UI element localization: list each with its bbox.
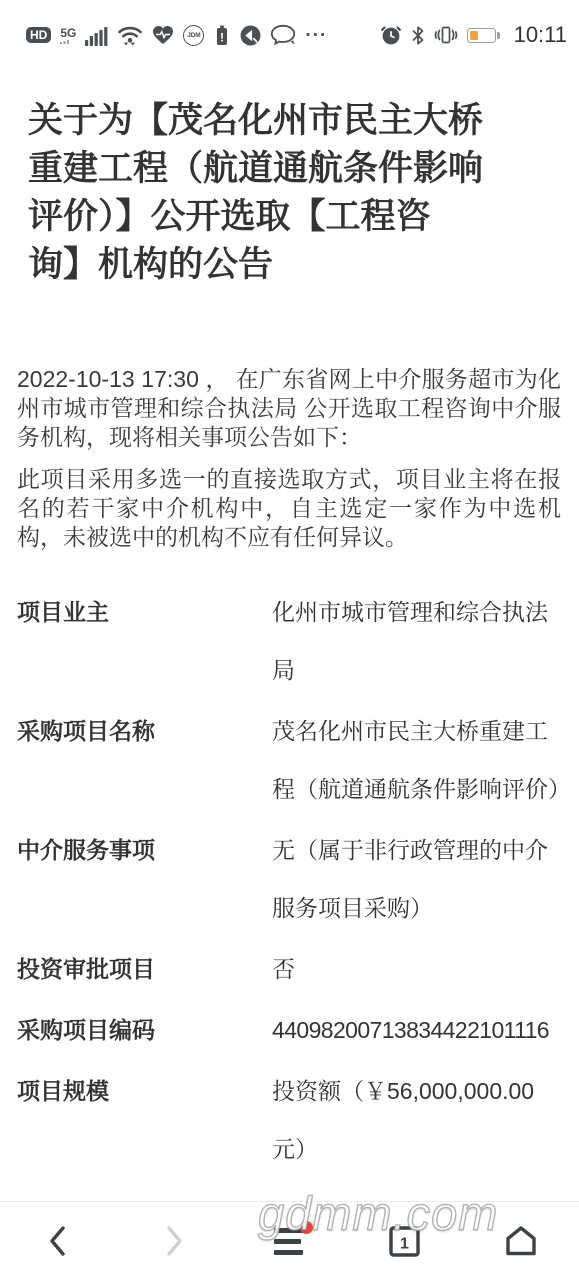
selection-method-paragraph: 此项目采用多选一的直接选取方式，项目业主将在报名的若干家中介机构中，自主选定一家… <box>17 465 561 552</box>
field-label: 采购项目名称 <box>17 702 272 818</box>
signal-bars-icon <box>85 25 108 46</box>
title-line: 评价）】公开选取【工程咨 <box>28 193 551 241</box>
back-button[interactable] <box>0 1202 116 1280</box>
status-left-icons: HD 5G <box>26 24 327 46</box>
title-line: 询】机构的公告 <box>28 241 551 289</box>
signal-5g-icon: 5G <box>60 27 76 44</box>
battery-icon <box>467 28 496 43</box>
menu-icon <box>274 1228 305 1255</box>
clock-time: 10:11 <box>514 22 567 48</box>
field-value: 茂名化州市民主大桥重建工程（航道通航条件影响评价） <box>272 702 561 818</box>
bluetooth-icon <box>411 25 425 46</box>
tabs-button[interactable]: 1 <box>347 1202 463 1280</box>
field-value: 无（属于非行政管理的中介服务项目采购） <box>272 821 561 937</box>
wifi-icon <box>117 24 143 46</box>
field-value: 44098200713834422101116 <box>272 1001 561 1059</box>
phone-screen: HD 5G <box>0 0 579 1280</box>
title-line: 关于为【茂名化州市民主大桥 <box>28 97 551 145</box>
field-row-project-name: 采购项目名称 茂名化州市民主大桥重建工程（航道通航条件影响评价） <box>17 702 561 818</box>
battery-fill <box>470 31 478 40</box>
svg-text:!: ! <box>220 31 224 45</box>
page-title: 关于为【茂名化州市民主大桥 重建工程（航道通航条件影响 评价）】公开选取【工程咨… <box>28 97 551 289</box>
vibrate-icon <box>434 25 458 45</box>
browser-bottom-navbar: 1 <box>0 1201 579 1280</box>
field-row-project-owner: 项目业主 化州市城市管理和综合执法局 <box>17 583 561 699</box>
battery-warning-icon: ! <box>213 24 231 46</box>
field-value: 否 <box>272 940 561 998</box>
home-button[interactable] <box>463 1202 579 1280</box>
forward-icon <box>162 1221 186 1261</box>
field-row-investment-approval: 投资审批项目 否 <box>17 940 561 998</box>
field-label: 项目规模 <box>17 1062 272 1178</box>
title-line: 重建工程（航道通航条件影响 <box>28 145 551 193</box>
health-heart-icon <box>152 25 174 45</box>
alarm-icon <box>380 24 402 46</box>
messages-icon <box>270 24 296 46</box>
tabs-icon: 1 <box>387 1222 423 1260</box>
home-icon <box>502 1223 540 1259</box>
status-bar: HD 5G <box>0 0 579 62</box>
field-value: 投资额（￥56,000,000.00 元） <box>272 1062 561 1178</box>
intro-paragraph: 2022-10-13 17:30 ， 在广东省网上中介服务超市为化州市城市管理和… <box>17 365 561 452</box>
status-right-icons: 10:11 <box>380 22 567 48</box>
field-label: 采购项目编码 <box>17 1001 272 1059</box>
more-dots-icon: ··· <box>305 26 327 45</box>
field-label: 项目业主 <box>17 583 272 699</box>
forward-button[interactable] <box>116 1202 232 1280</box>
data-saver-icon <box>240 25 261 46</box>
announcement-page: 关于为【茂名化州市民主大桥 重建工程（航道通航条件影响 评价）】公开选取【工程咨… <box>0 97 579 1178</box>
field-row-project-code: 采购项目编码 44098200713834422101116 <box>17 1001 561 1059</box>
project-fields-table: 项目业主 化州市城市管理和综合执法局 采购项目名称 茂名化州市民主大桥重建工程（… <box>17 583 561 1178</box>
svg-text:1: 1 <box>400 1236 409 1253</box>
hd-badge-icon: HD <box>26 27 51 43</box>
notification-dot <box>300 1221 313 1234</box>
battery-cap <box>497 32 500 39</box>
field-row-project-scale: 项目规模 投资额（￥56,000,000.00 元） <box>17 1062 561 1178</box>
field-row-service-item: 中介服务事项 无（属于非行政管理的中介服务项目采购） <box>17 821 561 937</box>
field-value: 化州市城市管理和综合执法局 <box>272 583 561 699</box>
menu-button[interactable] <box>232 1202 348 1280</box>
back-icon <box>46 1221 70 1261</box>
field-label: 中介服务事项 <box>17 821 272 937</box>
jdm-badge-icon: JDM <box>183 25 204 46</box>
field-label: 投资审批项目 <box>17 940 272 998</box>
